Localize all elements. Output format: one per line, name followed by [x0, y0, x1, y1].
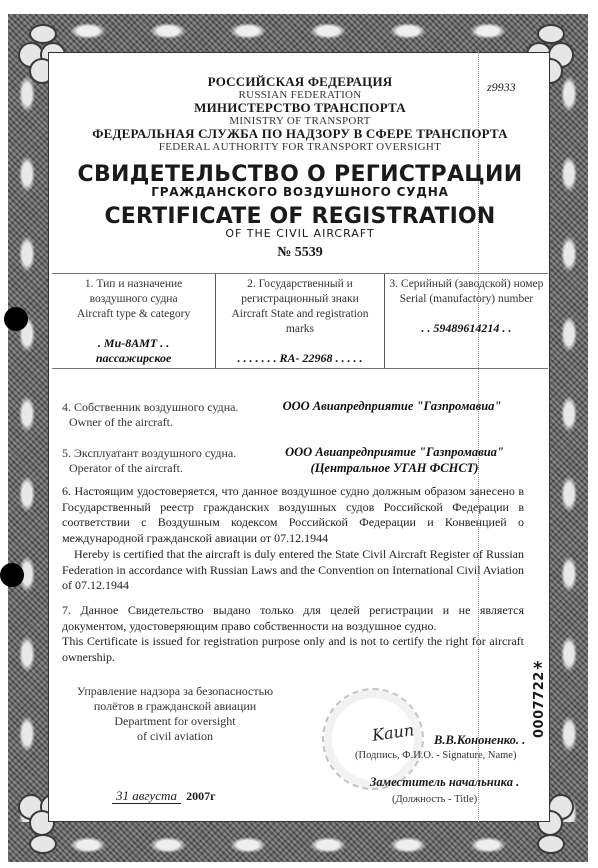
- operator-value: ООО Авиапредприятие "Газпромавиа" (Центр…: [282, 444, 507, 476]
- border-ornament-right: [556, 54, 582, 822]
- serial-number-cell: 3. Серийный (заводской) номер Serial (ma…: [384, 274, 548, 369]
- clause-6-en: Hereby is certified that the aircraft is…: [62, 547, 524, 594]
- signatory-title-caption: (Должность - Title): [392, 794, 477, 805]
- border-ornament-bottom: [48, 832, 548, 858]
- country-ru: РОССИЙСКАЯ ФЕДЕРАЦИЯ: [60, 74, 540, 90]
- issuer-block: Управление надзора за безопасностью полё…: [60, 684, 290, 744]
- aircraft-category-value: пассажирское: [56, 351, 211, 366]
- signatory-name: В.В.Кононенко. .: [434, 733, 525, 748]
- registration-marks-label-en: Aircraft State and registration marks: [220, 307, 380, 337]
- authority-en: FEDERAL AUTHORITY FOR TRANSPORT OVERSIGH…: [60, 141, 540, 153]
- subtitle-en: OF THE CIVIL AIRCRAFT: [60, 228, 540, 240]
- aircraft-type-label-ru: 1. Тип и назначение воздушного судна: [56, 277, 211, 307]
- registration-table: 1. Тип и назначение воздушного судна Air…: [52, 273, 548, 369]
- issue-date-year: 2007г: [186, 789, 215, 803]
- signatory-title: Заместитель начальника .: [370, 775, 519, 790]
- subtitle-ru: ГРАЖДАНСКОГО ВОЗДУШНОГО СУДНА: [60, 186, 540, 199]
- ministry-ru: МИНИСТЕРСТВО ТРАНСПОРТА: [60, 100, 540, 116]
- operator-label-en: Operator of the aircraft.: [62, 461, 282, 476]
- border-ornament-top: [48, 18, 548, 44]
- border-ornament-left: [14, 54, 40, 822]
- clause-7-ru: 7. Данное Свидетельство выдано только дл…: [62, 603, 524, 634]
- serial-number-label-en: Serial (manufactory) number: [389, 292, 544, 307]
- owner-label: 4. Собственник воздушного судна. Owner o…: [62, 400, 282, 430]
- issuer-en-line1: Department for oversight: [60, 714, 290, 729]
- certificate-number: № 5539: [60, 246, 540, 261]
- issue-date: 31 августа 2007г: [112, 788, 216, 804]
- issue-date-handwritten: 31 августа: [112, 788, 181, 804]
- punch-hole: [4, 307, 28, 331]
- clause-7-en: This Certificate is issued for registrat…: [62, 634, 524, 665]
- title-en: CERTIFICATE OF REGISTRATION: [60, 205, 540, 228]
- punch-hole: [0, 563, 24, 587]
- issuer-ru-line2: полётов в гражданской авиации: [60, 699, 290, 714]
- operator-label-ru: 5. Эксплуатант воздушного судна.: [62, 446, 282, 461]
- issuer-en-line2: of civil aviation: [60, 729, 290, 744]
- clause-6-ru: 6. Настоящим удостоверяется, что данное …: [62, 484, 524, 546]
- serial-number-label-ru: 3. Серийный (заводской) номер: [389, 277, 544, 292]
- registration-marks-value: . . . . . . . RA- 22968 . . . . .: [220, 351, 380, 366]
- aircraft-type-cell: 1. Тип и назначение воздушного судна Air…: [52, 274, 216, 369]
- authority-ru: ФЕДЕРАЛЬНАЯ СЛУЖБА ПО НАДЗОРУ В СФЕРЕ ТР…: [60, 126, 540, 142]
- owner-value: ООО Авиапредприятие "Газпромавиа": [282, 398, 502, 414]
- owner-label-en: Owner of the aircraft.: [62, 415, 282, 430]
- serial-number-value: . . 59489614214 . .: [389, 321, 544, 336]
- issuer-ru-line1: Управление надзора за безопасностью: [60, 684, 290, 699]
- operator-label: 5. Эксплуатант воздушного судна. Operato…: [62, 446, 282, 476]
- operator-name: ООО Авиапредприятие "Газпромавиа": [282, 444, 507, 460]
- aircraft-type-label-en: Aircraft type & category: [56, 307, 211, 322]
- title-ru: СВИДЕТЕЛЬСТВО О РЕГИСТРАЦИИ: [60, 163, 540, 186]
- aircraft-type-value: . Ми-8АМТ . .: [56, 336, 211, 351]
- registration-marks-label-ru: 2. Государственный и регистрационный зна…: [220, 277, 380, 307]
- document-serial-number: 0007722: [532, 671, 547, 738]
- operator-division: (Центральное УГАН ФСНСТ): [282, 460, 507, 476]
- signatory-name-caption: (Подпись, Ф.И.О. - Signature, Name): [355, 750, 516, 761]
- owner-label-ru: 4. Собственник воздушного судна.: [62, 400, 282, 415]
- registration-marks-cell: 2. Государственный и регистрационный зна…: [216, 274, 385, 369]
